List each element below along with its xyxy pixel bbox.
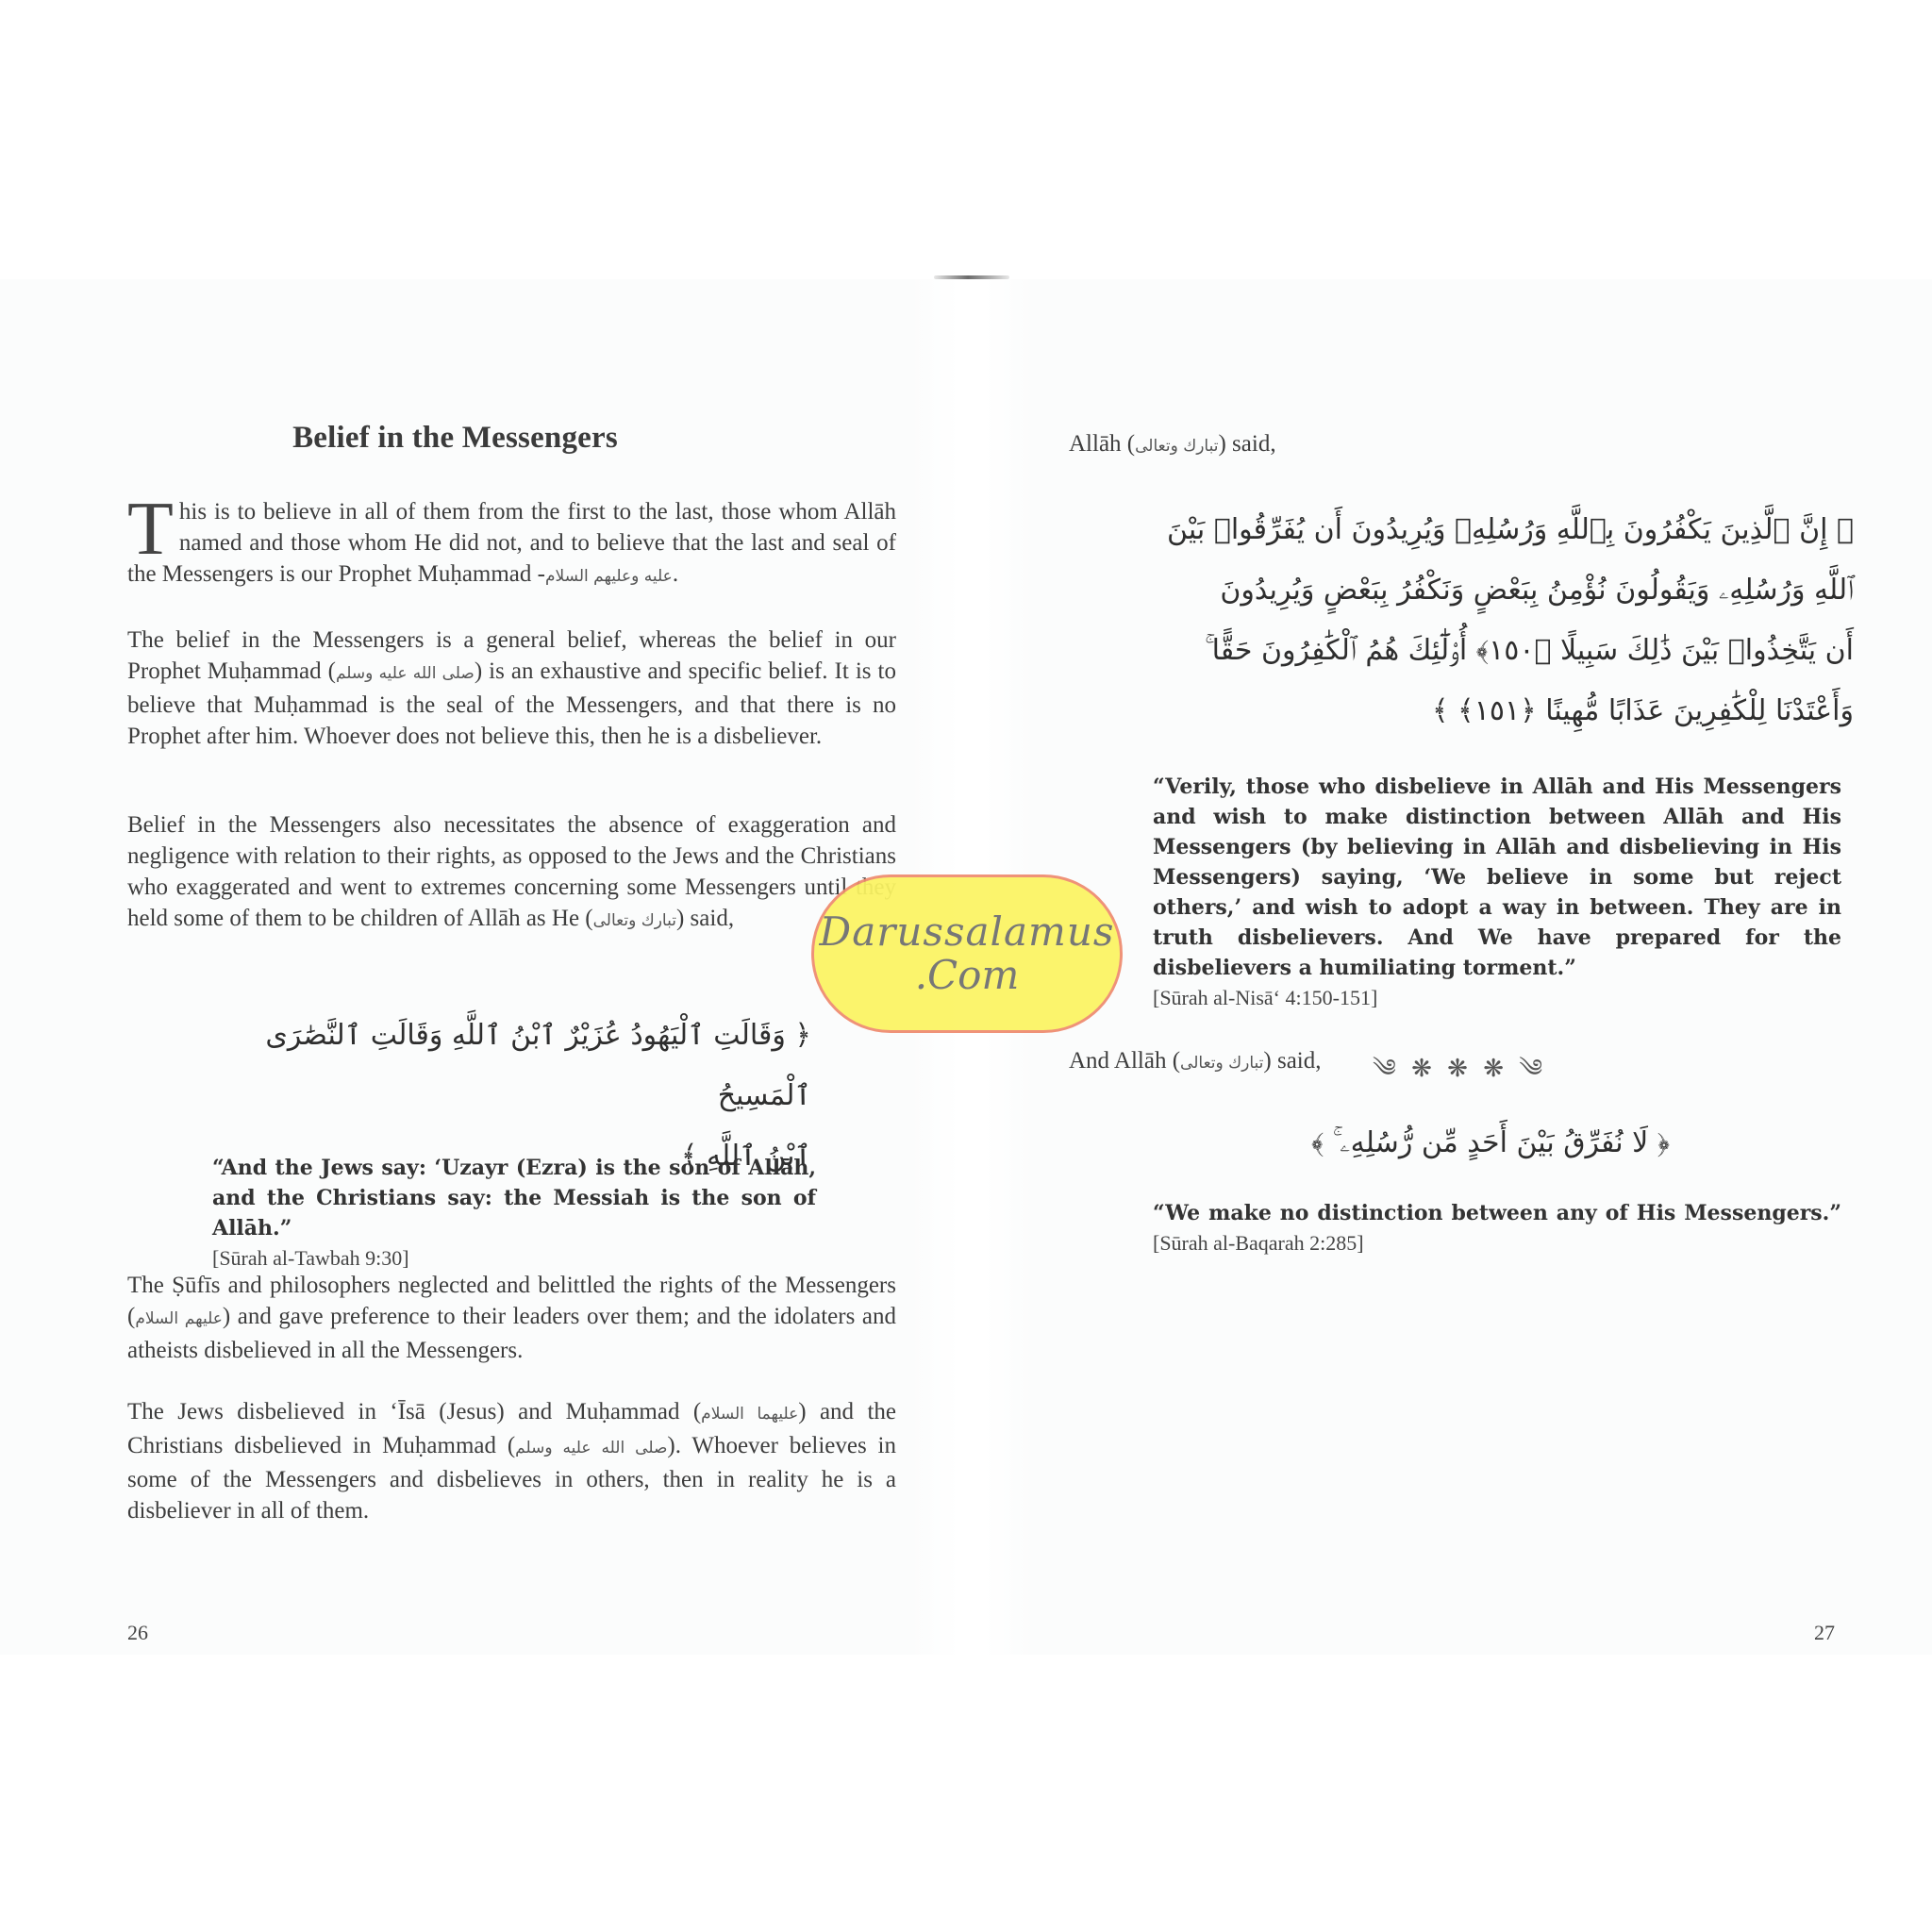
paragraph-exaggeration: Belief in the Messengers also necessitat… bbox=[127, 809, 896, 937]
intro-paragraph: This is to believe in all of them from t… bbox=[127, 496, 896, 592]
page-number-right: 27 bbox=[1814, 1621, 1835, 1645]
watermark-line2: .Com bbox=[915, 954, 1020, 997]
honorific: عليهم السلام bbox=[135, 1309, 223, 1328]
honorific: صلى الله عليه وسلم bbox=[515, 1439, 667, 1457]
intro-allah-said: Allāh (تبارك وتعالى) said, bbox=[1069, 428, 1541, 462]
honorific: تبارك وتعالى bbox=[1180, 1054, 1263, 1073]
right-page: Allāh (تبارك وتعالى) said, ﴿ إِنَّ ٱلَّذ… bbox=[1033, 279, 1932, 1655]
verse-translation-nisa: “Verily, those who disbelieve in Allāh a… bbox=[1153, 772, 1841, 1013]
honorific: تبارك وتعالى bbox=[1135, 437, 1218, 456]
quran-verse-arabic-nisa: ﴿ إِنَّ ٱلَّذِينَ يَكْفُرُونَ بِٱللَّهِ … bbox=[1137, 500, 1854, 741]
left-page: Belief in the Messengers This is to beli… bbox=[0, 279, 910, 1655]
verse-translation: “And the Jews say: ‘Uzayr (Ezra) is the … bbox=[212, 1153, 816, 1274]
honorific: عليهما السلام bbox=[701, 1405, 798, 1424]
honorific: تبارك وتعالى bbox=[593, 911, 676, 930]
verse-citation: [Sūrah al-Baqarah 2:285] bbox=[1153, 1231, 1364, 1255]
paragraph-general-belief: The belief in the Messengers is a genera… bbox=[127, 625, 896, 752]
page-number-left: 26 bbox=[127, 1621, 148, 1645]
honorific: صلى الله عليه وسلم bbox=[336, 664, 475, 683]
ornament-divider: ༄ ❋ ❋ ❋ ༄ bbox=[1373, 1041, 1546, 1110]
verse-translation-baqarah: “We make no distinction between any of H… bbox=[1153, 1198, 1841, 1258]
paragraph-jews-christians: The Jews disbelieved in ‘Īsā (Jesus) and… bbox=[127, 1396, 896, 1526]
watermark-badge: Darussalamus .Com bbox=[811, 874, 1123, 1033]
chapter-heading: Belief in the Messengers bbox=[0, 421, 910, 456]
watermark-line1: Darussalamus bbox=[820, 910, 1115, 954]
paragraph-sufis: The Ṣūfīs and philosophers neglected and… bbox=[127, 1270, 896, 1366]
honorific: عليه وعليهم السلام bbox=[545, 567, 673, 586]
quran-verse-arabic-baqarah: ﴿ لَا نُفَرِّقُ بَيْنَ أَحَدٍ مِّن رُّسُ… bbox=[1278, 1113, 1703, 1174]
drop-cap: T bbox=[127, 502, 174, 557]
binding-mark bbox=[934, 275, 1009, 279]
verse-citation: [Sūrah al-Nisā‘ 4:150-151] bbox=[1153, 983, 1841, 1013]
